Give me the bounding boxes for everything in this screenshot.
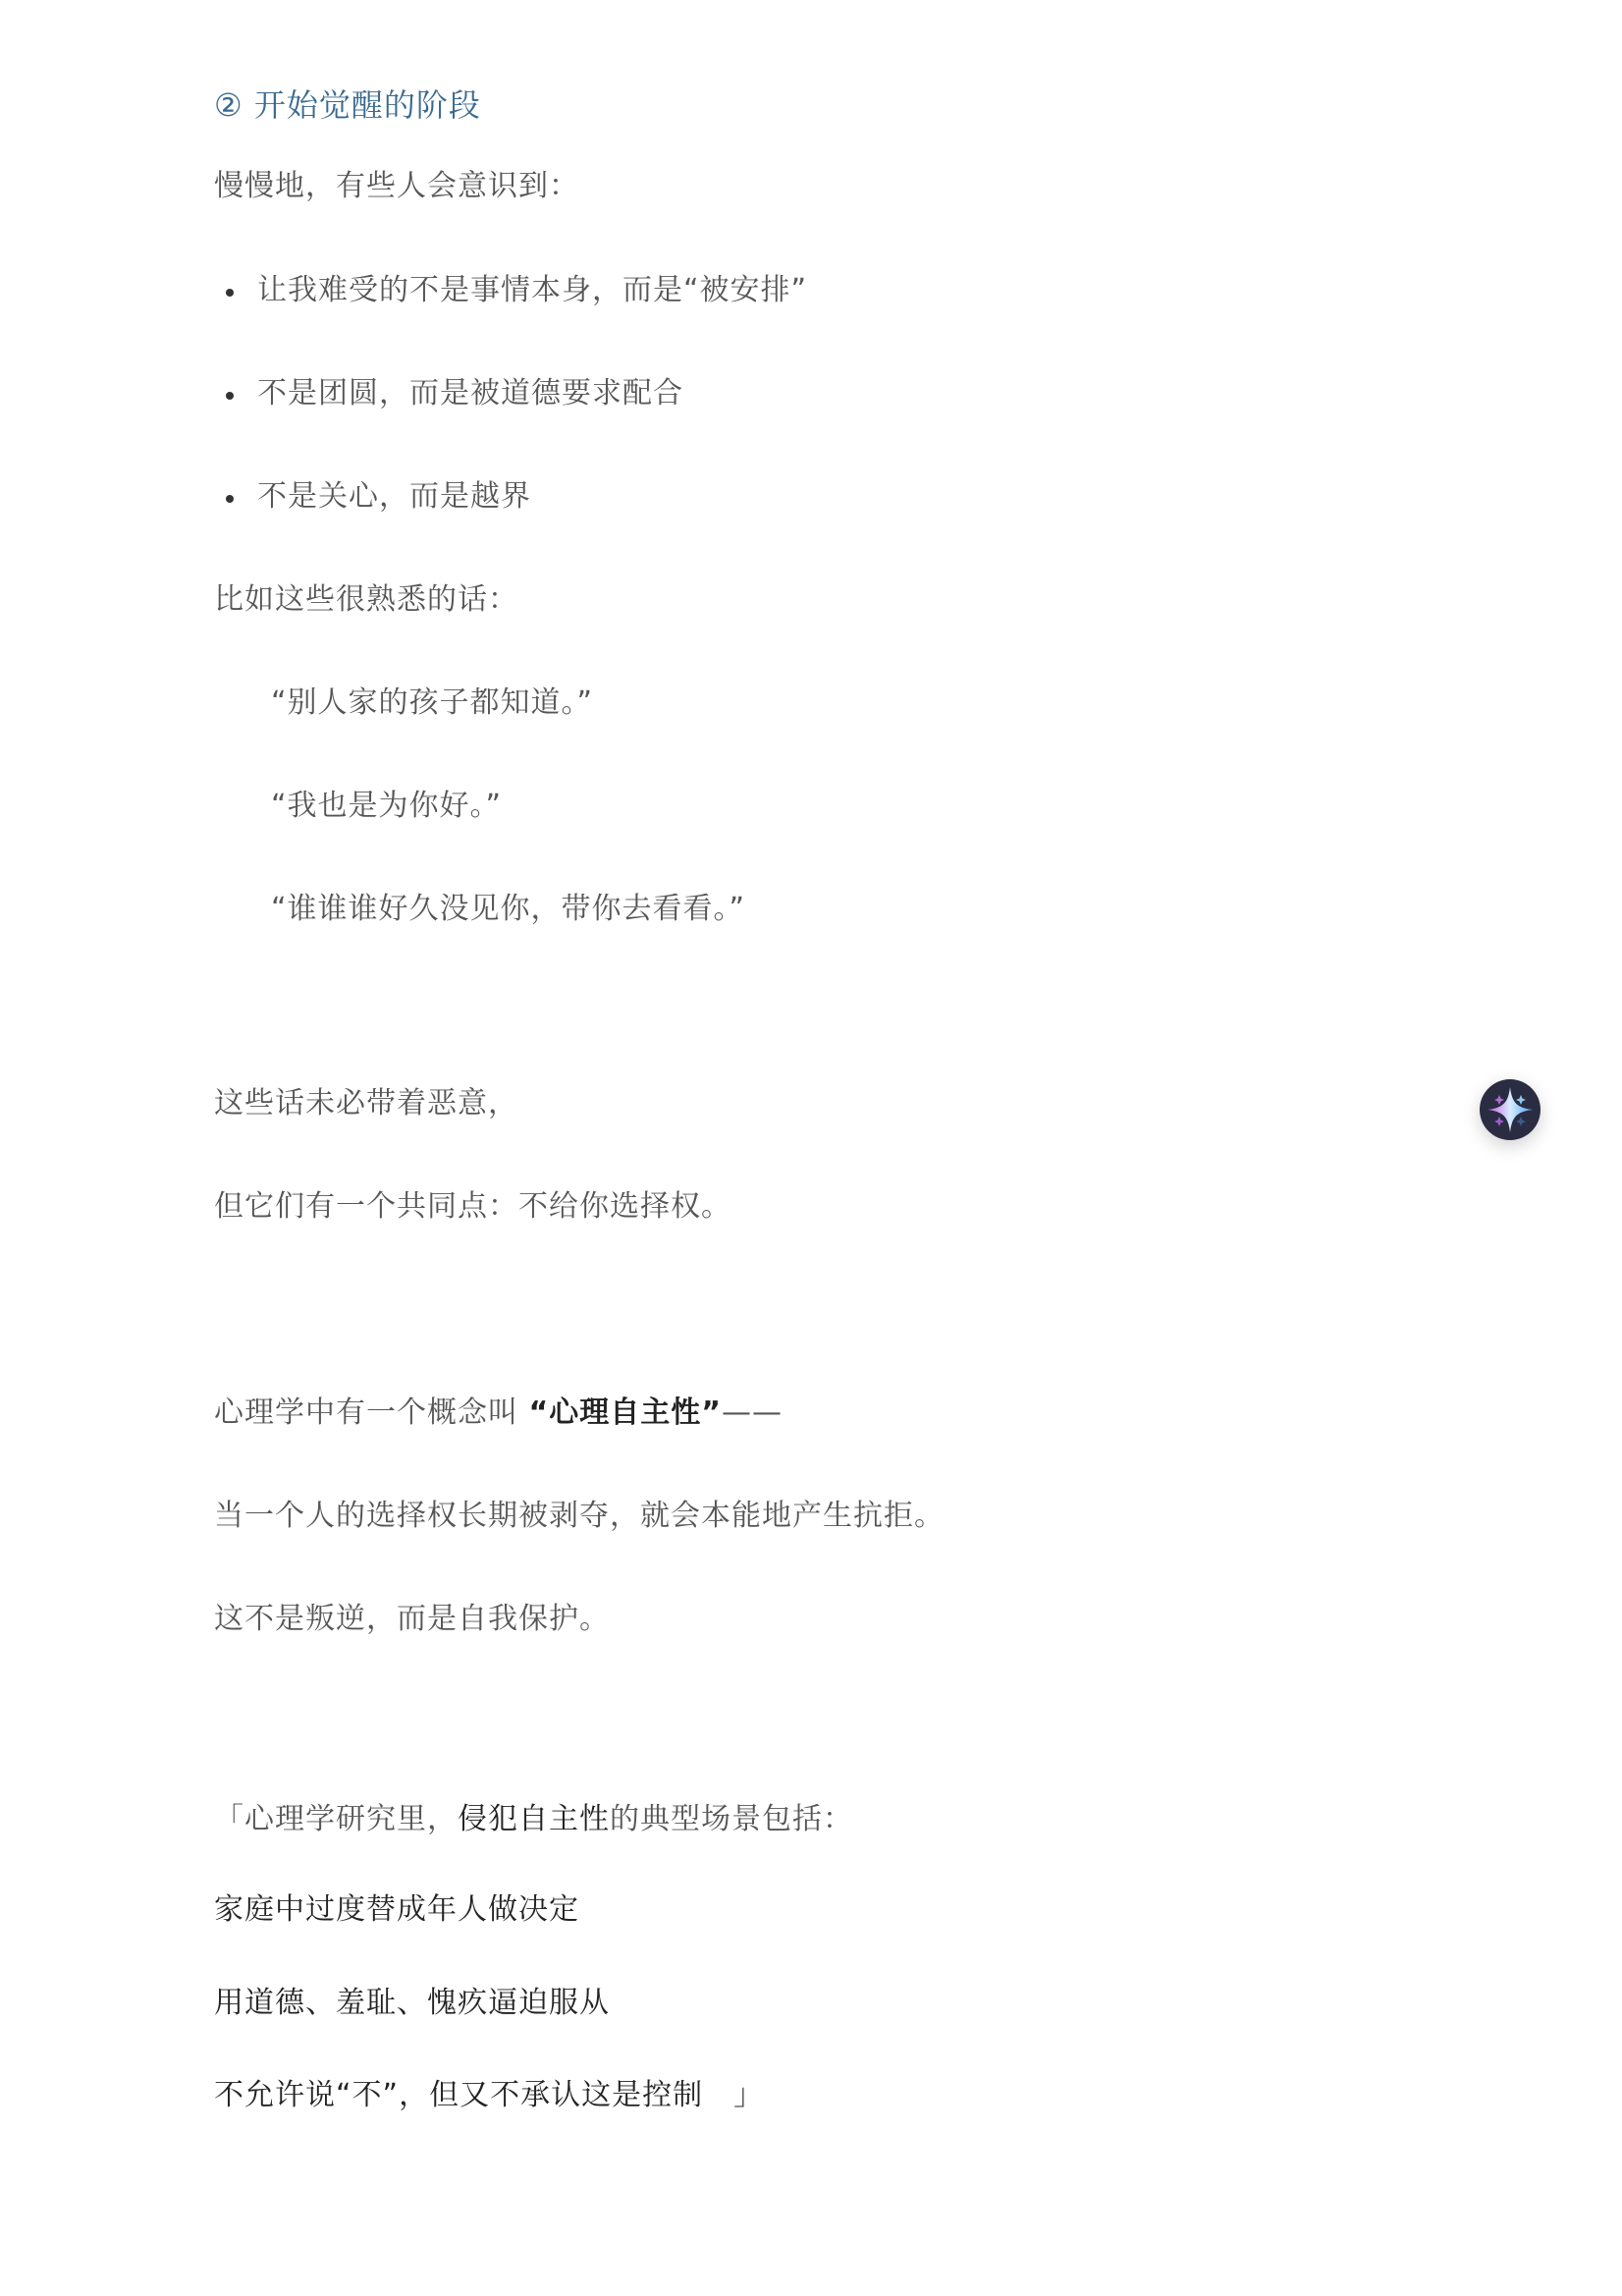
- concept-prefix: 心理学中有一个概念叫: [214, 1395, 529, 1430]
- research-term: 侵犯自主性: [458, 1802, 610, 1836]
- list-item: 让我难受的不是事情本身，而是“被安排”: [226, 271, 807, 310]
- paragraph: 当一个人的选择权长期被剥夺，就会本能地产生抗拒。: [214, 1497, 945, 1536]
- paragraph: 但它们有一个共同点：不给你选择权。: [214, 1187, 731, 1227]
- quote-line: “谁谁谁好久没见你，带你去看看。”: [271, 890, 745, 929]
- list-item: 不是关心，而是越界: [226, 477, 531, 517]
- examples-intro: 比如这些很熟悉的话：: [214, 580, 518, 620]
- paragraph: 这些话未必带着恶意，: [214, 1084, 518, 1123]
- list-item-text: 不是关心，而是越界: [257, 479, 531, 514]
- concept-term: “心理自主性”: [529, 1395, 722, 1430]
- research-paragraph: 「心理学研究里，侵犯自主性的典型场景包括：: [214, 1800, 853, 1839]
- section-heading: ② 开始觉醒的阶段: [214, 85, 481, 125]
- quote-line: “我也是为你好。”: [271, 787, 502, 826]
- scenario-line: 用道德、羞耻、愧疚逼迫服从: [214, 1984, 610, 2023]
- concept-paragraph: 心理学中有一个概念叫 “心理自主性”——: [214, 1394, 783, 1433]
- research-prefix: 「心理学研究里，: [214, 1802, 458, 1836]
- concept-suffix: ——: [722, 1395, 783, 1430]
- sparkle-icon: [1480, 1079, 1541, 1140]
- paragraph: 这不是叛逆，而是自我保护。: [214, 1600, 610, 1639]
- ai-assistant-button[interactable]: [1480, 1079, 1541, 1140]
- list-item-text: 不是团圆，而是被道德要求配合: [257, 376, 683, 410]
- scenario-line: 不允许说“不”，但又不承认这是控制 」: [214, 2076, 764, 2115]
- scenario-line: 家庭中过度替成年人做决定: [214, 1890, 579, 1930]
- quote-line: “别人家的孩子都知道。”: [271, 683, 593, 723]
- intro-text: 慢慢地，有些人会意识到：: [214, 167, 579, 206]
- research-suffix: 的典型场景包括：: [610, 1802, 853, 1836]
- list-item: 不是团圆，而是被道德要求配合: [226, 374, 683, 413]
- list-item-text: 让我难受的不是事情本身，而是“被安排”: [257, 273, 807, 307]
